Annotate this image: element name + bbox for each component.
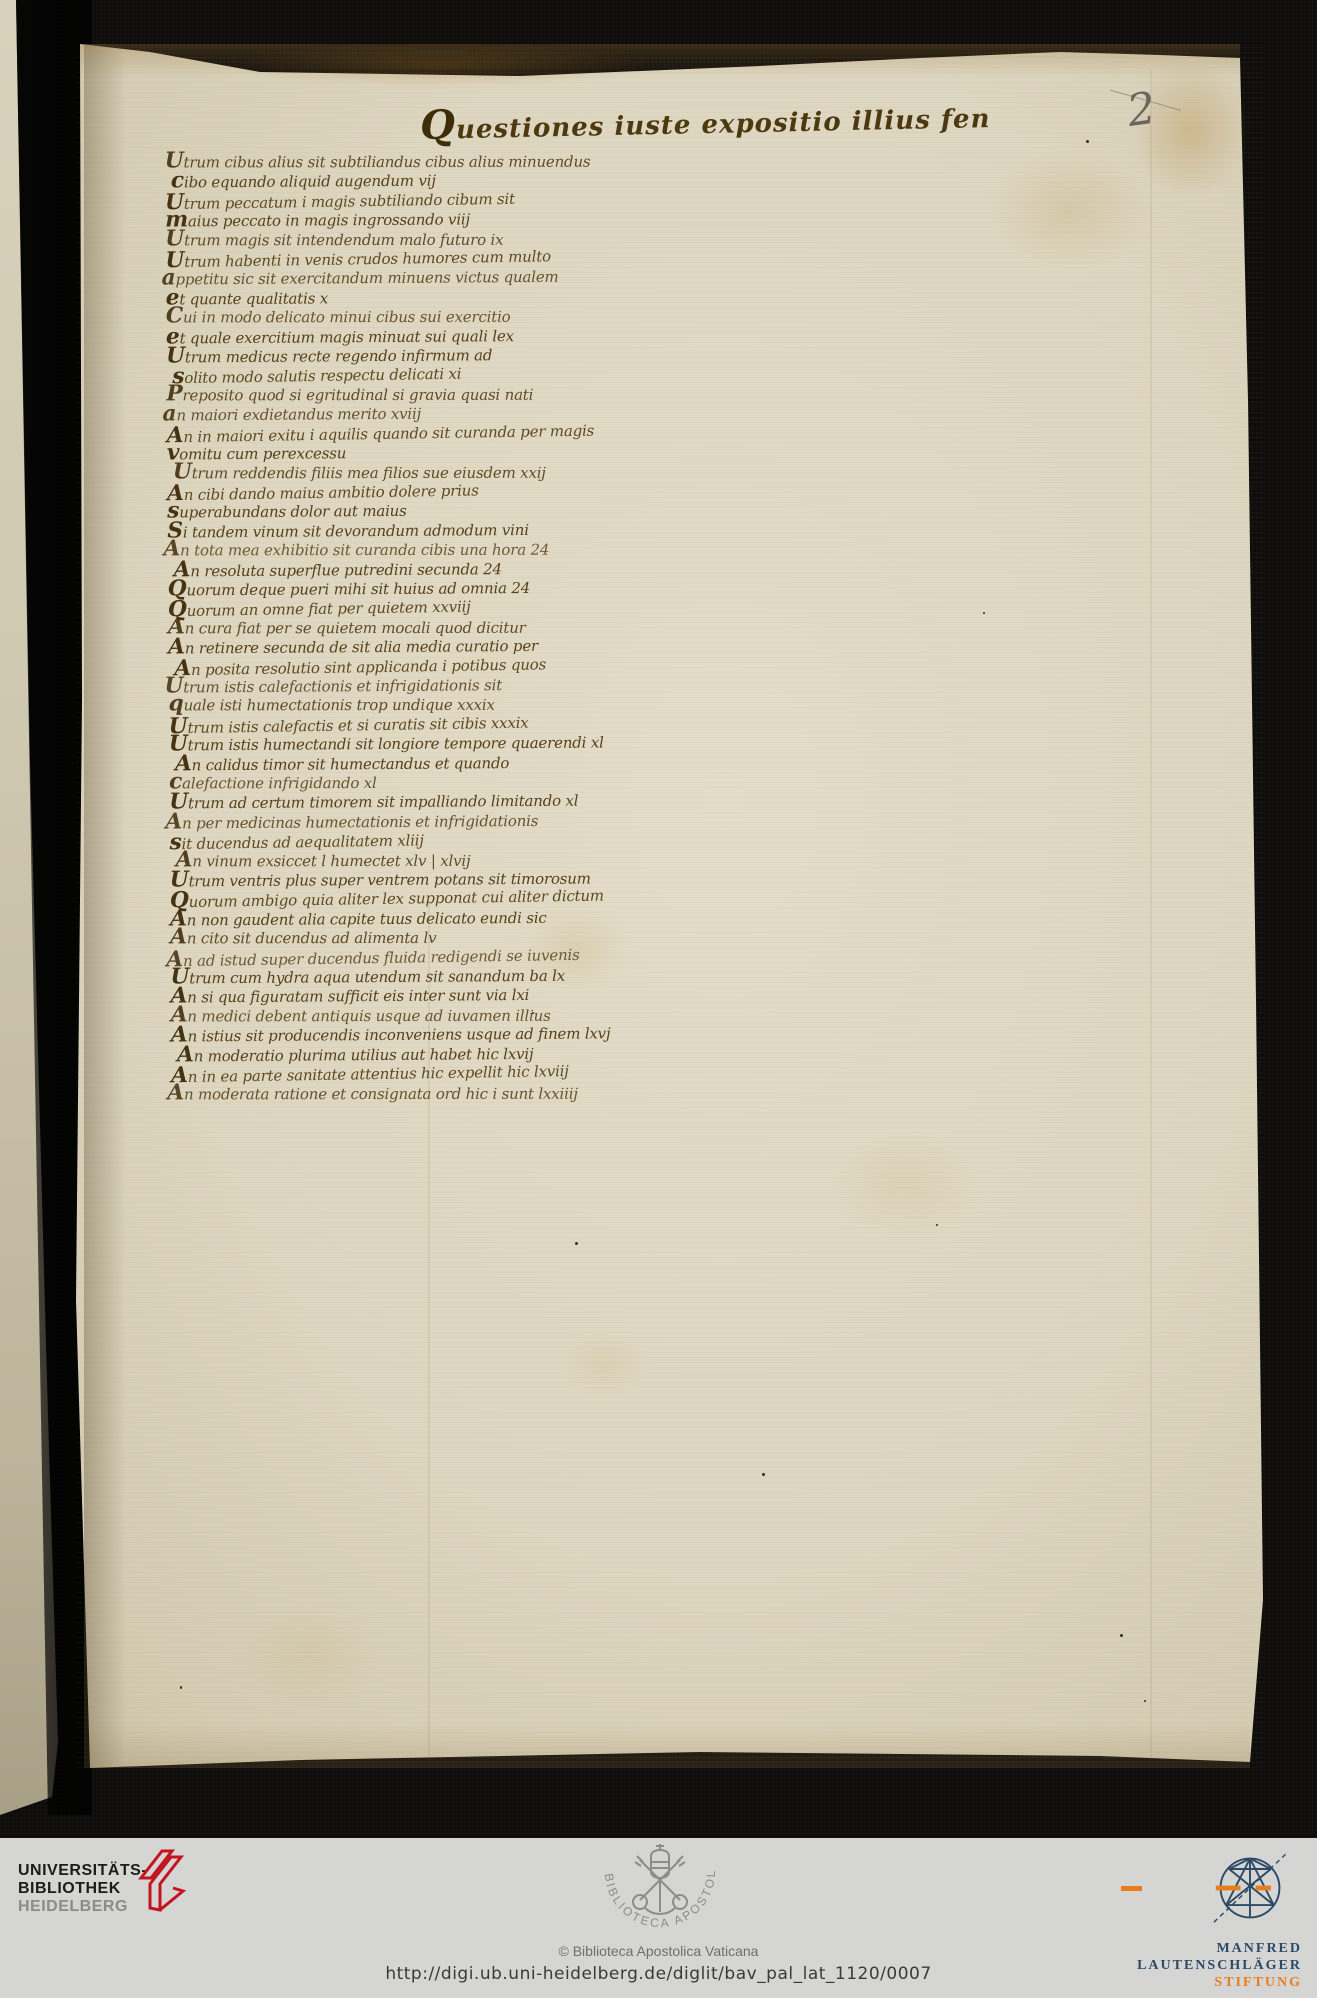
ub-book-icon: [133, 1846, 195, 1924]
manuscript-text-block: Utrum cibus alius sit subtiliandus cibus…: [165, 151, 592, 1105]
manuscript-line: An moderata ratione et consignata ord hi…: [167, 1083, 591, 1103]
stiftung-globe-icon: [1212, 1848, 1288, 1928]
folio-number: 2: [1124, 78, 1192, 146]
manuscript-line: Utrum istis calefactionis et infrigidati…: [164, 675, 588, 697]
manuscript-line: calefactione infrigidando xl: [169, 773, 589, 793]
manuscript-line: An vinum exsiccet l humectet xlv | xlvij: [176, 850, 590, 870]
footer-bar: UNIVERSITÄTS- BIBLIOTHEK HEIDELBERG: [0, 1838, 1317, 1998]
manuscript-line: An tota mea exhibitio sit curanda cibis …: [163, 540, 587, 560]
ub-heidelberg-logo: UNIVERSITÄTS- BIBLIOTHEK HEIDELBERG: [18, 1862, 147, 1916]
manuscript-line: An istius sit producendis inconveniens u…: [171, 1024, 591, 1046]
vatican-seal-icon: BIBLIOTECA APOSTOLICA VATICANA: [585, 1842, 735, 1946]
manuscript-line: appetitu sic sit exercitandum minuens vi…: [161, 267, 585, 289]
manuscript-line: Si tandem vinum sit devorandum admodum v…: [167, 519, 587, 541]
ub-logo-line3: HEIDELBERG: [18, 1898, 147, 1916]
stiftung-dash-icon: [1121, 1886, 1142, 1891]
manuscript-line: An cura fiat per se quietem mocali quod …: [168, 617, 588, 637]
manuscript-line: Utrum cibus alius sit subtiliandus cibus…: [165, 152, 585, 172]
manuscript-line: et quante qualitatis x: [166, 286, 586, 308]
scan-canvas: 2 Questiones iuste expositio illius fen …: [0, 0, 1317, 1998]
ub-logo-line1: UNIVERSITÄTS-: [18, 1862, 147, 1880]
manuscript-line: An si qua figuratam sufficit eis inter s…: [171, 985, 591, 1007]
manuscript-line: An medici debent antiquis usque ad iuvam…: [171, 1005, 591, 1025]
stiftung-line3: STIFTUNG: [1042, 1974, 1302, 1991]
manuscript-line: Cui in modo delicato minui cibus sui exe…: [166, 307, 586, 327]
ub-logo-line2: BIBLIOTHEK: [18, 1880, 147, 1898]
stiftung-line2: LAUTENSCHLÄGER: [1042, 1957, 1302, 1974]
manuscript-line: An non gaudent alia capite tuus delicato…: [170, 907, 590, 929]
manuscript-line: An calidus timor sit humectandus et quan…: [175, 752, 589, 774]
manuscript-line: Preposito quod si egritudinal si gravia …: [166, 385, 586, 405]
stiftung-line1: MANFRED: [1042, 1940, 1302, 1957]
